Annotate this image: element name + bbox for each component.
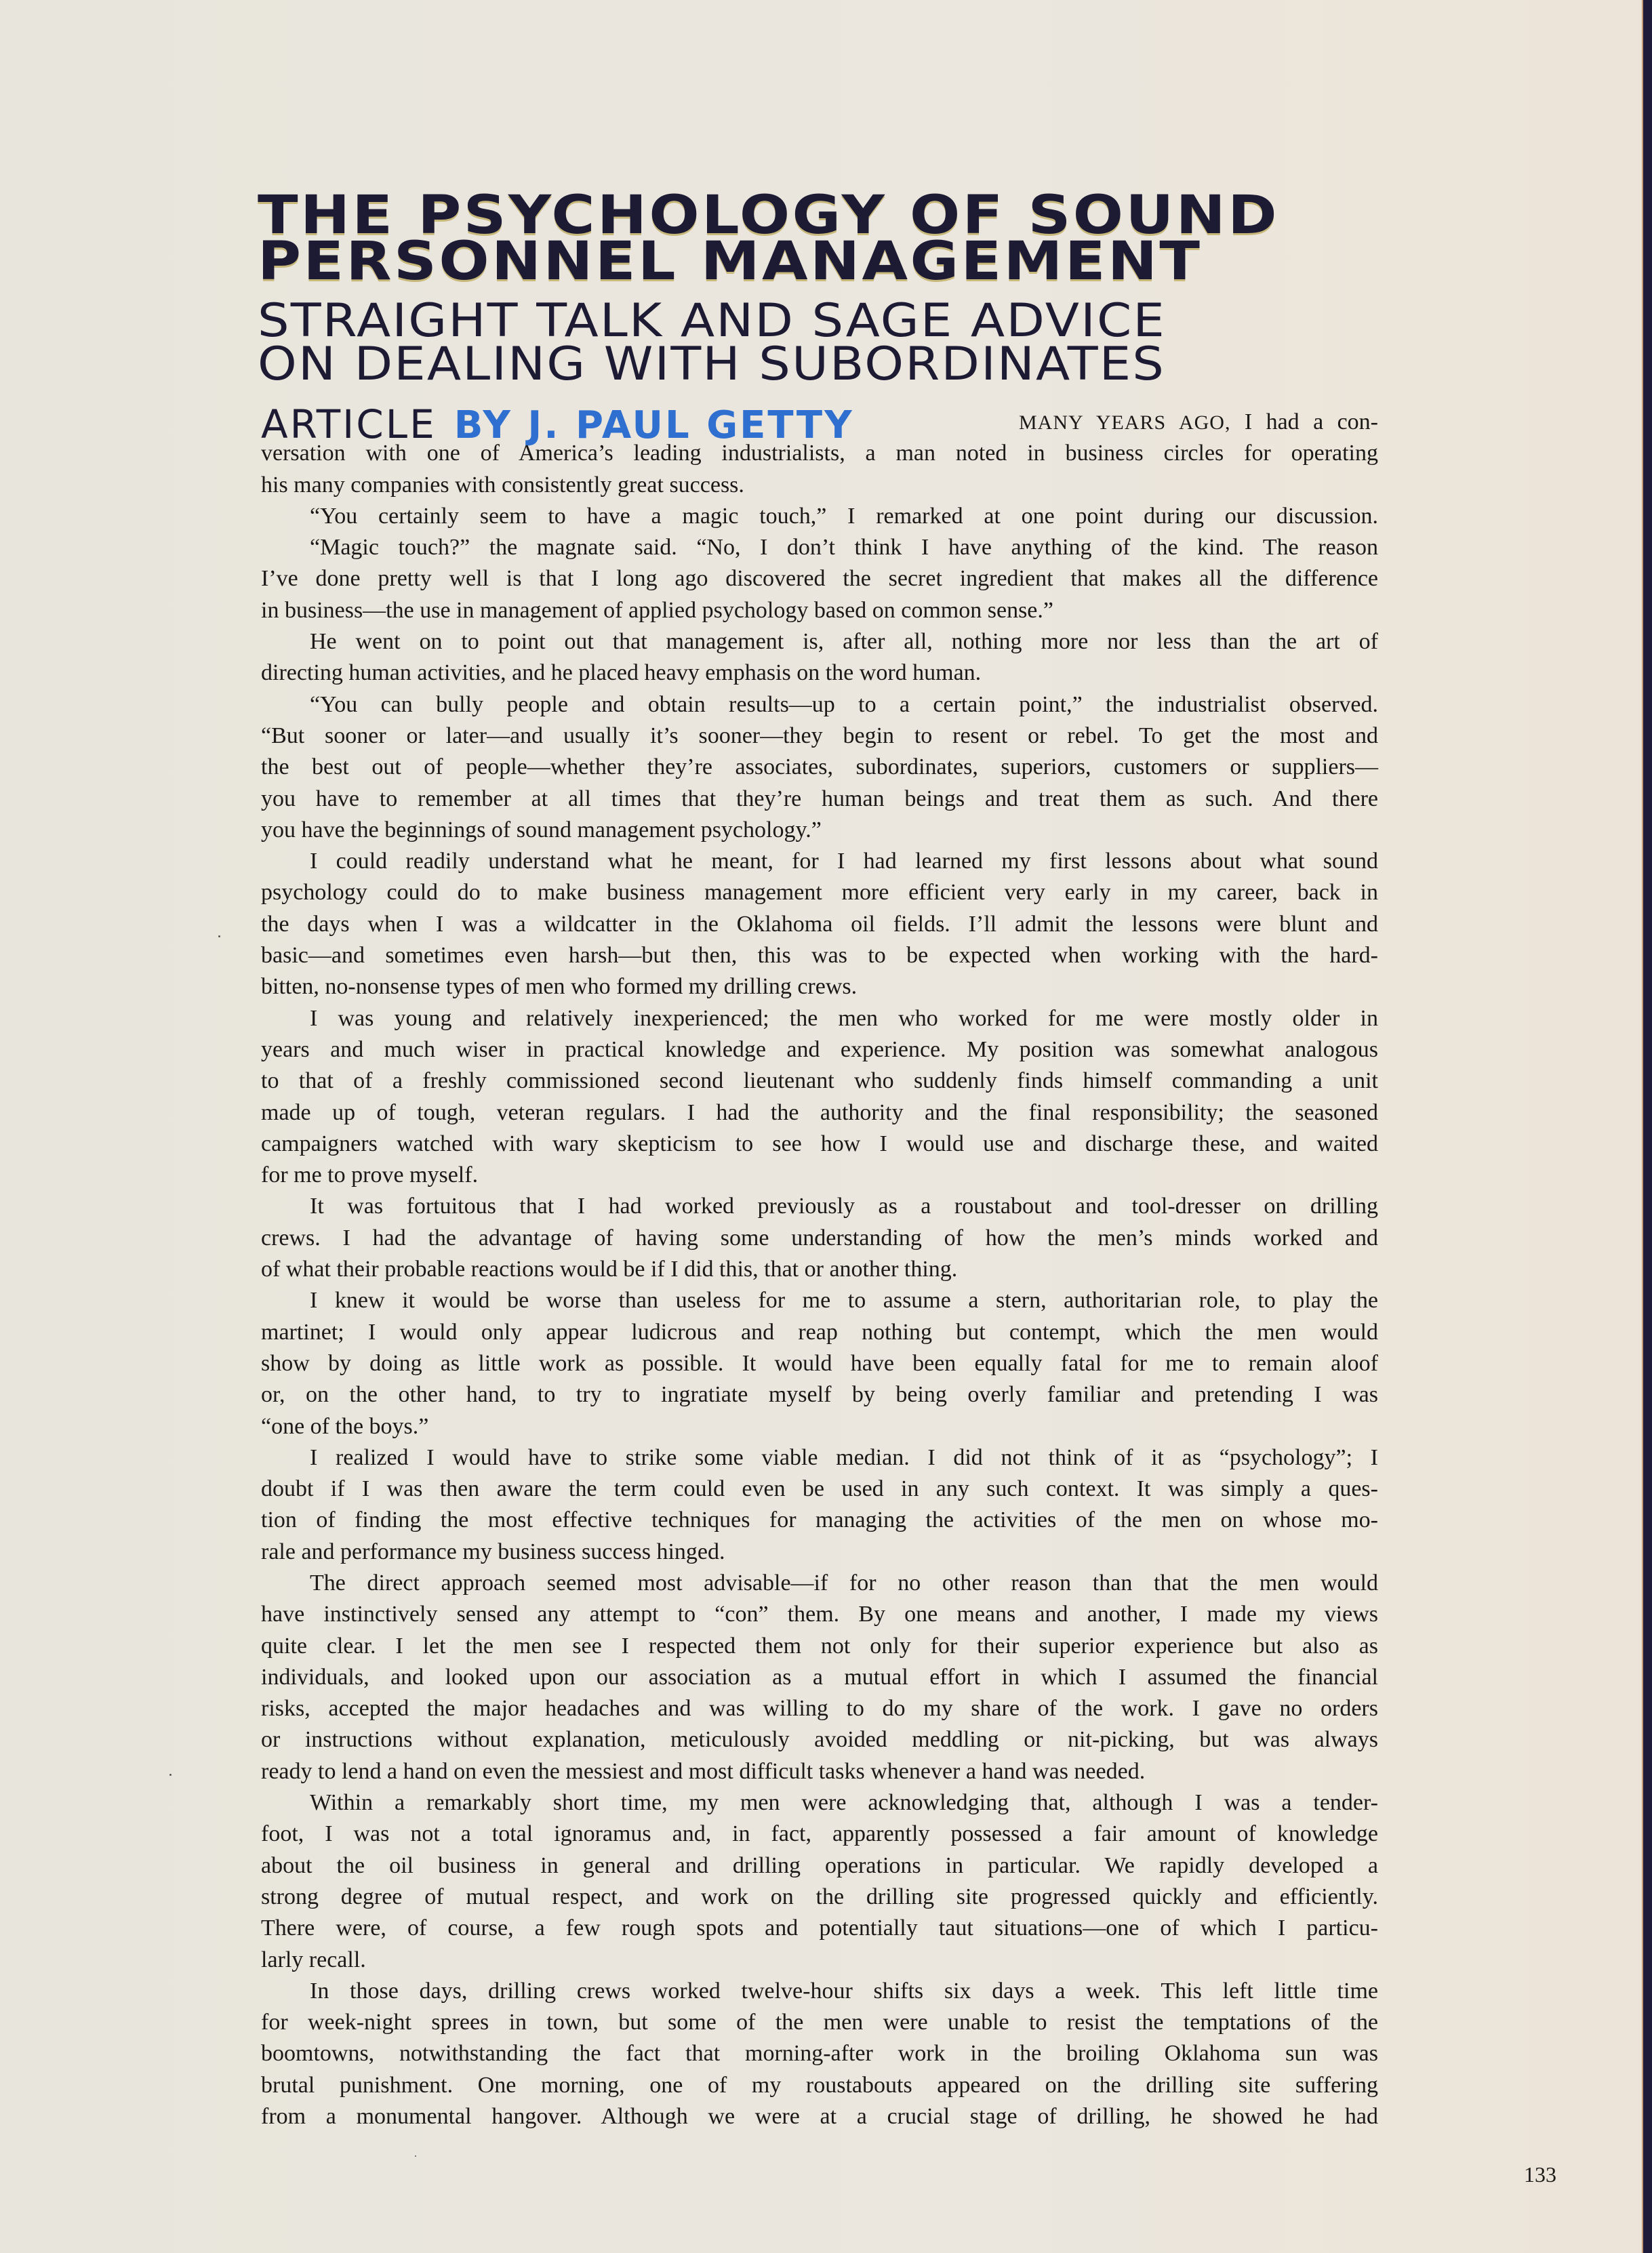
body-line: directing human activities, and he place… <box>261 657 1378 689</box>
body-line: individuals, and looked upon our associa… <box>261 1662 1378 1693</box>
subheadline-line: ON DEALING WITH SUBORDINATES <box>258 344 1473 387</box>
body-line: larly recall. <box>261 1945 1378 1976</box>
opening-rest: I had a con- <box>1230 409 1378 434</box>
body-line: tion of finding the most effective techn… <box>261 1505 1378 1536</box>
body-line: quite clear. I let the men see I respect… <box>261 1631 1378 1662</box>
opening-smallcaps: MANY YEARS AGO, <box>1019 411 1230 434</box>
body-line: from a monumental hangover. Although we … <box>261 2101 1378 2132</box>
print-speck <box>169 1774 172 1776</box>
body-line: boomtowns, notwithstanding the fact that… <box>261 2038 1378 2069</box>
body-line: He went on to point out that management … <box>261 626 1378 657</box>
body-line: psychology could do to make business man… <box>261 877 1378 908</box>
body-line: have instinctively sensed any attempt to… <box>261 1599 1378 1630</box>
article-title-block: THE PSYCHOLOGY OF SOUND PERSONNEL MANAGE… <box>258 193 1383 387</box>
body-line: show by doing as little work as possible… <box>261 1348 1378 1379</box>
page-number: 133 <box>1524 2162 1556 2187</box>
body-line: bitten, no-nonsense types of men who for… <box>261 971 1378 1002</box>
body-line: “You certainly seem to have a magic touc… <box>261 501 1378 532</box>
headline-line: PERSONNEL MANAGEMENT <box>258 239 1518 285</box>
body-line: “Magic touch?” the magnate said. “No, I … <box>261 532 1378 563</box>
body-line: the days when I was a wildcatter in the … <box>261 909 1378 940</box>
body-line: strong degree of mutual respect, and wor… <box>261 1882 1378 1913</box>
body-line: I was young and relatively inexperienced… <box>261 1003 1378 1034</box>
body-line: “one of the boys.” <box>261 1411 1378 1442</box>
body-line: There were, of course, a few rough spots… <box>261 1913 1378 1944</box>
page-edge-binding <box>1642 0 1652 2253</box>
article-body: MANY YEARS AGO, I had a con- versation w… <box>261 407 1378 2132</box>
headline: THE PSYCHOLOGY OF SOUND PERSONNEL MANAGE… <box>258 193 1383 285</box>
body-line: I realized I would have to strike some v… <box>261 1442 1378 1474</box>
body-line: risks, accepted the major headaches and … <box>261 1693 1378 1724</box>
body-line: the best out of people—whether they’re a… <box>261 752 1378 783</box>
body-line: for week-night sprees in town, but some … <box>261 2007 1378 2038</box>
body-line: crews. I had the advantage of having som… <box>261 1223 1378 1254</box>
opening-line: MANY YEARS AGO, I had a con- <box>261 407 1378 438</box>
body-line: or, on the other hand, to try to ingrati… <box>261 1379 1378 1410</box>
body-line: Within a remarkably short time, my men w… <box>261 1787 1378 1819</box>
body-line: I could readily understand what he meant… <box>261 846 1378 877</box>
body-line: about the oil business in general and dr… <box>261 1850 1378 1882</box>
body-line: I’ve done pretty well is that I long ago… <box>261 563 1378 594</box>
body-line: ready to lend a hand on even the messies… <box>261 1756 1378 1787</box>
body-line: or instructions without explanation, met… <box>261 1724 1378 1755</box>
body-line: years and much wiser in practical knowle… <box>261 1034 1378 1065</box>
body-line: doubt if I was then aware the term could… <box>261 1474 1378 1505</box>
print-speck <box>218 935 220 937</box>
body-line: you have the beginnings of sound managem… <box>261 815 1378 846</box>
body-line: “But sooner or later—and usually it’s so… <box>261 720 1378 752</box>
body-line: rale and performance my business success… <box>261 1537 1378 1568</box>
body-line: campaigners watched with wary skepticism… <box>261 1129 1378 1160</box>
body-line: versation with one of America’s leading … <box>261 438 1378 469</box>
body-line: his many companies with consistently gre… <box>261 470 1378 501</box>
body-line: for me to prove myself. <box>261 1160 1378 1191</box>
print-speck <box>415 2155 416 2157</box>
body-line: martinet; I would only appear ludicrous … <box>261 1317 1378 1348</box>
subheadline: STRAIGHT TALK AND SAGE ADVICE ON DEALING… <box>258 300 1383 387</box>
body-line: foot, I was not a total ignoramus and, i… <box>261 1819 1378 1850</box>
body-line: to that of a freshly commissioned second… <box>261 1065 1378 1097</box>
body-line: basic—and sometimes even harsh—but then,… <box>261 940 1378 971</box>
body-line: in business—the use in management of app… <box>261 595 1378 626</box>
body-line: “You can bully people and obtain results… <box>261 689 1378 720</box>
body-line: brutal punishment. One morning, one of m… <box>261 2070 1378 2101</box>
body-line: In those days, drilling crews worked twe… <box>261 1976 1378 2007</box>
body-line: of what their probable reactions would b… <box>261 1254 1378 1285</box>
body-line: It was fortuitous that I had worked prev… <box>261 1191 1378 1222</box>
body-line: The direct approach seemed most advisabl… <box>261 1568 1378 1599</box>
body-line: you have to remember at all times that t… <box>261 784 1378 815</box>
body-line: I knew it would be worse than useless fo… <box>261 1285 1378 1316</box>
body-line: made up of tough, veteran regulars. I ha… <box>261 1097 1378 1129</box>
